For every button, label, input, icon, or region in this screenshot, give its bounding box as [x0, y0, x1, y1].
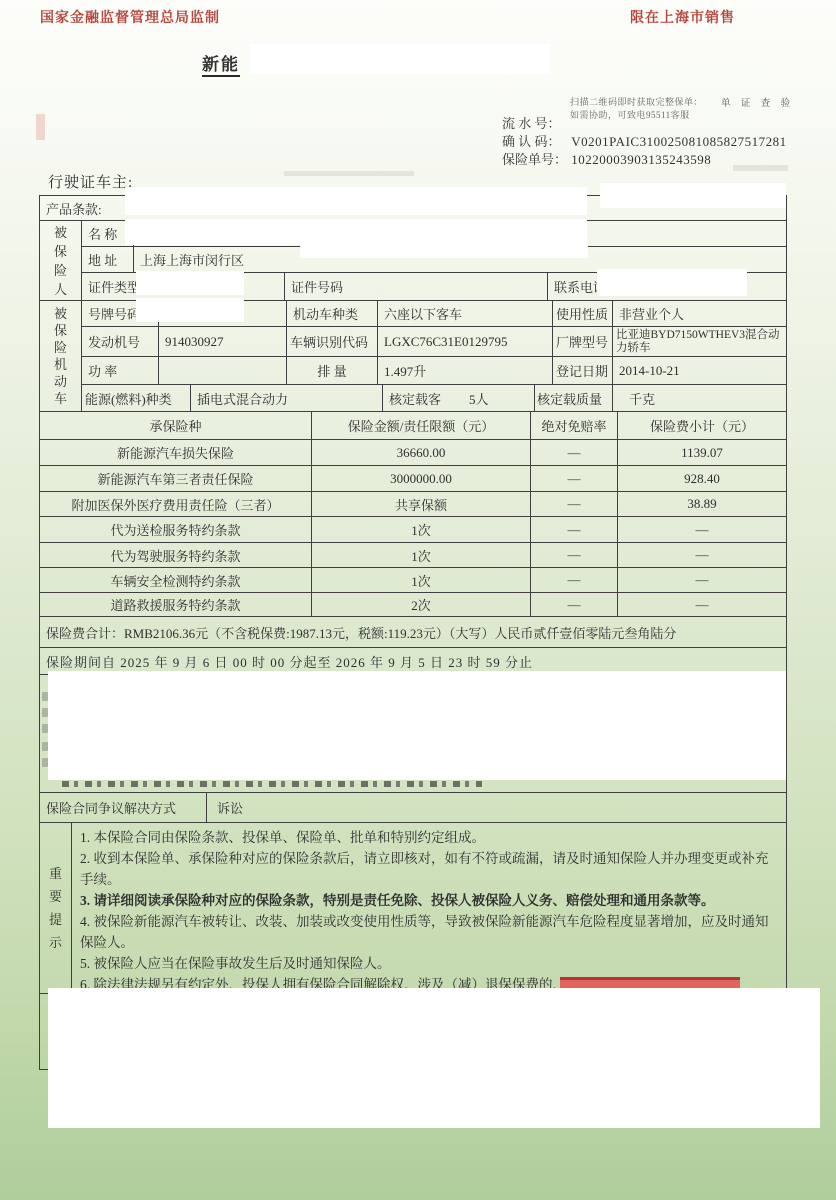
coverage-premium: 1139.07 — [618, 440, 786, 465]
coverage-row: 新能源汽车第三者责任保险 3000000.00 — 928.40 — [40, 466, 786, 492]
reg-date-value: 2014-10-21 — [613, 357, 786, 384]
brand-value: 比亚迪BYD7150WTHEV3混合动力轿车 — [613, 327, 786, 356]
serial-number-label: 流 水 号： — [502, 113, 568, 132]
premium-total-text: 保险费合计：RMB2106.36元（不含税保费:1987.13元，税额:119.… — [40, 617, 786, 647]
coverage-premium: 928.40 — [618, 466, 786, 491]
coverage-header-deductible: 绝对免赔率 — [531, 412, 618, 439]
important-notes-group-label: 重要提示 — [40, 823, 72, 993]
qr-note-line1: 扫描二维码即时获取完整保单： — [570, 95, 703, 108]
redaction-plate — [136, 298, 244, 322]
coverage-deductible: — — [531, 517, 618, 542]
engine-row: 发动机号 914030927 车辆识别代码 LGXC76C31E0129795 … — [82, 327, 786, 357]
coverage-deductible: — — [531, 466, 618, 491]
policy-number-value: 10220003903135243598 — [571, 152, 711, 167]
coverage-amount: 1次 — [312, 517, 531, 542]
energy-label: 能源(燃料)种类 — [82, 385, 191, 411]
sales-region-note: 限在上海市销售 — [630, 7, 735, 27]
coverage-deductible: — — [531, 568, 618, 592]
reg-date-label: 登记日期 — [553, 357, 613, 384]
vehicle-type-label: 机动车种类 — [287, 301, 378, 326]
insurance-policy-page: 国家金融监督管理总局监制 限在上海市销售 新能 扫描二维码即时获取完整保单： 单… — [0, 0, 836, 1200]
redaction-bottom-area — [48, 988, 820, 1128]
redacted-logo-remnant — [36, 114, 45, 140]
seats-label: 核定载客 — [389, 389, 441, 408]
redaction-top-right — [600, 183, 786, 208]
coverage-row: 代为驾驶服务特约条款 1次 — — — [40, 543, 786, 568]
coverage-premium: — — [618, 517, 786, 542]
coverage-amount: 共享保额 — [312, 492, 531, 516]
note-item: 5. 被保险人应当在保险事故发生后及时通知保险人。 — [80, 953, 778, 974]
confirm-code-value: V0201PAIC310025081085827517281 — [571, 134, 786, 149]
redaction-insured-name — [125, 219, 587, 245]
vin-value: LGXC76C31E0129795 — [378, 327, 553, 356]
usage-label: 使用性质 — [553, 301, 613, 326]
regulator-imprint: 国家金融监督管理总局监制 — [40, 7, 220, 27]
faint-smudge — [733, 165, 788, 171]
dispute-label: 保险合同争议解决方式 — [40, 793, 207, 822]
coverage-type: 新能源汽车损失保险 — [40, 440, 312, 465]
coverage-row: 新能源汽车损失保险 36660.00 — 1139.07 — [40, 440, 786, 466]
power-row: 功 率 排 量 1.497升 登记日期 2014-10-21 — [82, 357, 786, 385]
coverage-deductible: — — [531, 543, 618, 567]
confirm-code-label: 确 认 码： — [502, 131, 568, 150]
important-notes-content: 1. 本保险合同由保险条款、投保单、保险单、批单和特别约定组成。 2. 收到本保… — [72, 823, 786, 993]
coverage-amount: 1次 — [312, 543, 531, 567]
confirm-code-row: 确 认 码： V0201PAIC310025081085827517281 — [502, 131, 787, 150]
coverage-row: 道路救援服务特约条款 2次 — — — [40, 593, 786, 617]
coverage-row: 附加医保外医疗费用责任险（三者） 共享保额 — 38.89 — [40, 492, 786, 517]
insured-address-label: 地 址 — [82, 247, 134, 272]
document-title-text: 新能 — [202, 55, 240, 77]
redaction-title — [250, 44, 550, 74]
coverage-header-premium: 保险费小计（元） — [618, 412, 786, 439]
redaction-phone — [597, 269, 747, 296]
coverage-header-type: 承保险种 — [40, 412, 312, 439]
coverage-type: 代为送检服务特约条款 — [40, 517, 312, 542]
coverage-header-row: 承保险种 保险金额/责任限额（元） 绝对免赔率 保险费小计（元） — [40, 412, 786, 440]
power-label: 功 率 — [82, 357, 159, 384]
important-notes-section: 重要提示 1. 本保险合同由保险条款、投保单、保险单、批单和特别约定组成。 2.… — [40, 823, 786, 993]
dispute-row: 保险合同争议解决方式 诉讼 — [40, 793, 786, 823]
coverage-amount: 1次 — [312, 568, 531, 592]
note-item: 4. 被保险新能源汽车被转让、改装、加装或改变使用性质等，导致被保险新能源汽车危… — [80, 911, 778, 953]
seats-value: 5人 — [469, 389, 489, 408]
note-item: 3. 请详细阅读承保险种对应的保险条款，特别是责任免除、投保人被保险人义务、赔偿… — [80, 890, 778, 911]
usage-value: 非营业个人 — [613, 301, 786, 326]
engine-value: 914030927 — [159, 327, 287, 356]
load-label: 核定载质量 — [535, 385, 613, 411]
qr-note-row: 扫描二维码即时获取完整保单： 单 证 查 验 — [570, 95, 794, 109]
redaction-id-type — [136, 271, 244, 295]
clipped-text-fragments — [62, 781, 482, 787]
seats-cell: 核定载客 5人 — [383, 385, 535, 411]
coverage-row: 车辆安全检测特约条款 1次 — — — [40, 568, 786, 593]
coverage-deductible: — — [531, 593, 618, 616]
redaction-address-part — [300, 243, 588, 258]
energy-row: 能源(燃料)种类 插电式混合动力 核定载客 5人 核定载质量 千克 — [82, 385, 786, 411]
coverage-row: 代为送检服务特约条款 1次 — — — [40, 517, 786, 543]
vin-label: 车辆识别代码 — [287, 327, 378, 356]
coverage-deductible: — — [531, 492, 618, 516]
id-number-label: 证件号码 — [285, 273, 548, 300]
qr-note-line2: 如需协助，可致电95511客服 — [570, 108, 690, 121]
vehicle-owner-label: 行驶证车主: — [48, 171, 133, 192]
note-item: 2. 收到本保险单、承保险种对应的保险条款后，请立即核对，如有不符或疏漏，请及时… — [80, 848, 778, 890]
engine-label: 发动机号 — [82, 327, 159, 356]
coverage-amount: 3000000.00 — [312, 466, 531, 491]
coverage-deductible: — — [531, 440, 618, 465]
coverage-type: 道路救援服务特约条款 — [40, 593, 312, 616]
displacement-label: 排 量 — [287, 357, 378, 384]
vehicle-type-value: 六座以下客车 — [378, 301, 553, 326]
power-value — [159, 357, 287, 384]
doc-verify-badge: 单 证 查 验 — [721, 95, 794, 109]
coverage-premium: — — [618, 543, 786, 567]
note-item: 1. 本保险合同由保险条款、投保单、保险单、批单和特别约定组成。 — [80, 827, 778, 848]
coverage-header-amount: 保险金额/责任限额（元） — [312, 412, 531, 439]
coverage-premium: — — [618, 568, 786, 592]
dispute-value: 诉讼 — [207, 793, 786, 822]
policy-number-label: 保险单号： — [502, 149, 568, 168]
coverage-type: 新能源汽车第三者责任保险 — [40, 466, 312, 491]
displacement-value: 1.497升 — [378, 357, 553, 384]
energy-value: 插电式混合动力 — [191, 385, 383, 411]
coverage-type: 附加医保外医疗费用责任险（三者） — [40, 492, 312, 516]
brand-label: 厂牌型号 — [553, 327, 613, 356]
load-value: 千克 — [613, 385, 786, 411]
coverage-type: 代为驾驶服务特约条款 — [40, 543, 312, 567]
coverage-amount: 2次 — [312, 593, 531, 616]
vehicle-group-label: 被保险机动车 — [40, 301, 82, 411]
document-title: 新能 — [202, 50, 240, 75]
serial-number-row: 流 水 号： — [502, 113, 568, 132]
coverage-premium: 38.89 — [618, 492, 786, 516]
premium-total-row: 保险费合计：RMB2106.36元（不含税保费:1987.13元，税额:119.… — [40, 617, 786, 648]
policy-number-row: 保险单号： 10220003903135243598 — [502, 149, 711, 168]
faint-smudge — [284, 171, 414, 176]
redaction-special-terms — [48, 671, 786, 780]
coverage-amount: 36660.00 — [312, 440, 531, 465]
coverage-type: 车辆安全检测特约条款 — [40, 568, 312, 592]
redaction-product-clause — [125, 187, 587, 215]
insured-person-group-label: 被保险人 — [40, 221, 82, 300]
coverage-premium: — — [618, 593, 786, 616]
policy-table: 产品条款: 被保险人 名 称 地 址 上海上海市闵行区 证件类型 证件号码 — [39, 195, 787, 1070]
